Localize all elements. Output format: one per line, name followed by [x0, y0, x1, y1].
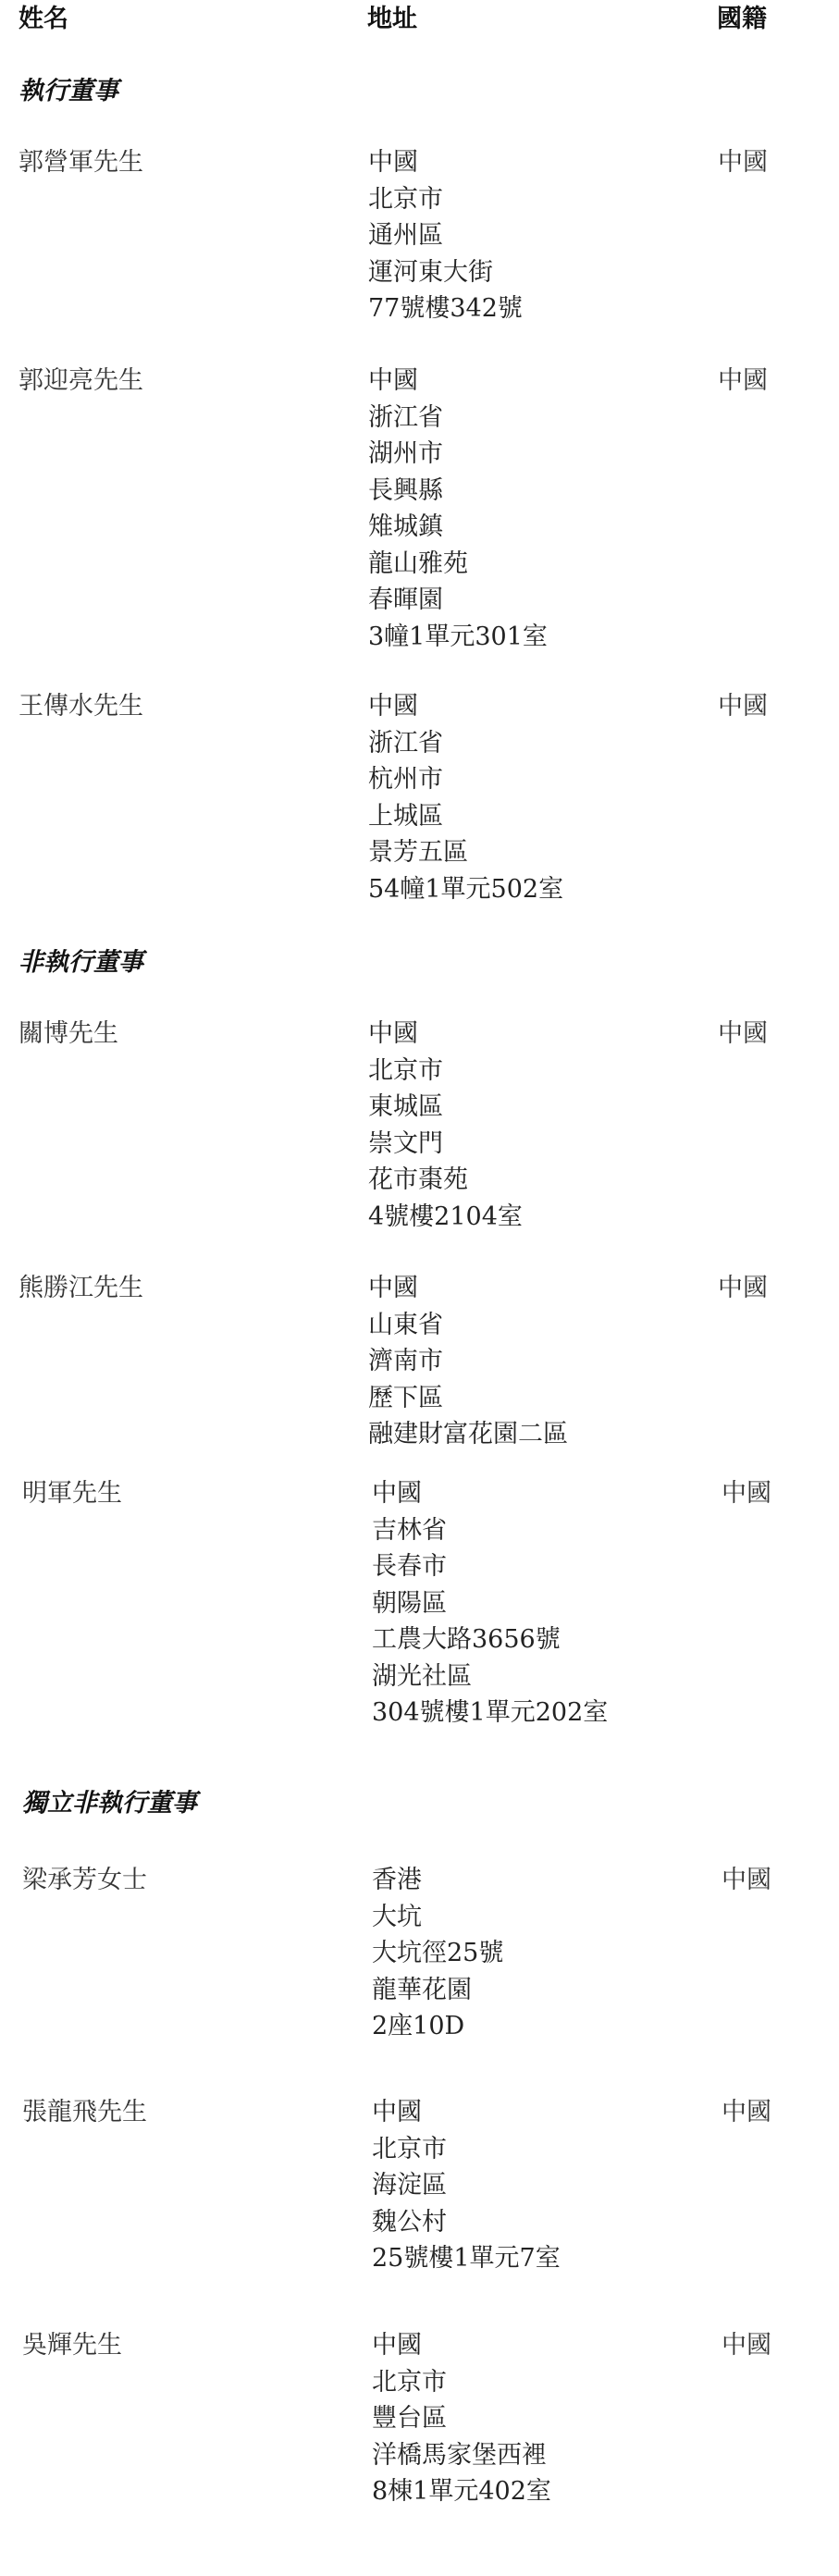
director-nationality: 中國 [722, 1862, 771, 1899]
director-name: 梁承芳女士 [22, 1862, 147, 1899]
address-line: 中國 [368, 363, 548, 400]
address-line: 54幢1單元502室 [368, 871, 563, 908]
address-line: 304號樓1單元202室 [372, 1695, 608, 1732]
address-line: 香港 [372, 1862, 503, 1899]
director-nationality: 中國 [718, 1270, 768, 1307]
address-line: 吉林省 [372, 1512, 608, 1549]
address-line: 歷下區 [368, 1380, 568, 1417]
address-line: 中國 [368, 1270, 568, 1307]
director-nationality: 中國 [718, 144, 768, 181]
address-line: 湖州市 [368, 436, 548, 473]
address-line: 通州區 [368, 217, 523, 254]
director-address: 中國 北京市 東城區 崇文門 花市棗苑 4號樓2104室 [368, 1016, 523, 1235]
address-line: 2座10D [372, 2008, 503, 2045]
address-line: 魏公村 [372, 2204, 561, 2241]
address-line: 77號樓342號 [368, 290, 523, 327]
address-line: 湖光社區 [372, 1658, 608, 1695]
director-name: 熊勝江先生 [19, 1270, 143, 1307]
director-address: 中國 北京市 海淀區 魏公村 25號樓1單元7室 [372, 2094, 561, 2277]
director-address: 中國 北京市 通州區 運河東大街 77號樓342號 [368, 144, 523, 327]
director-name: 王傳水先生 [19, 688, 143, 725]
address-line: 山東省 [368, 1307, 568, 1344]
address-line: 東城區 [368, 1089, 523, 1126]
director-nationality: 中國 [718, 363, 768, 400]
address-line: 崇文門 [368, 1126, 523, 1163]
address-line: 花市棗苑 [368, 1162, 523, 1199]
address-line: 中國 [372, 2094, 561, 2131]
address-line: 濟南市 [368, 1343, 568, 1380]
address-line: 春暉園 [368, 582, 548, 619]
header-nationality: 國籍 [717, 4, 767, 35]
director-nationality: 中國 [718, 1016, 768, 1053]
address-line: 洋橋馬家堡西裡 [372, 2437, 551, 2474]
address-line: 上城區 [368, 798, 563, 835]
director-name: 明軍先生 [22, 1475, 122, 1512]
address-line: 浙江省 [368, 725, 563, 762]
director-address: 中國 山東省 濟南市 歷下區 融建財富花園二區 [368, 1270, 568, 1453]
address-line: 朝陽區 [372, 1585, 608, 1622]
address-line: 浙江省 [368, 400, 548, 437]
address-line: 運河東大街 [368, 254, 523, 291]
address-line: 中國 [368, 688, 563, 725]
director-address: 中國 吉林省 長春市 朝陽區 工農大路3656號 湖光社區 304號樓1單元20… [372, 1475, 608, 1732]
section-title-executive: 執行董事 [19, 76, 118, 107]
address-line: 長興縣 [368, 473, 548, 510]
director-address: 香港 大坑 大坑徑25號 龍華花園 2座10D [372, 1862, 503, 2045]
director-address: 中國 浙江省 湖州市 長興縣 雉城鎮 龍山雅苑 春暉園 3幢1單元301室 [368, 363, 548, 655]
address-line: 中國 [372, 2327, 551, 2364]
address-line: 中國 [368, 144, 523, 181]
section-title-non-executive: 非執行董事 [19, 947, 143, 979]
director-name: 郭營軍先生 [19, 144, 143, 181]
address-line: 工農大路3656號 [372, 1621, 608, 1658]
address-line: 龍山雅苑 [368, 546, 548, 583]
address-line: 中國 [368, 1016, 523, 1053]
address-line: 北京市 [368, 181, 523, 218]
address-line: 8棟1單元402室 [372, 2473, 551, 2510]
director-name: 吳輝先生 [22, 2327, 122, 2364]
director-address: 中國 浙江省 杭州市 上城區 景芳五區 54幢1單元502室 [368, 688, 563, 907]
address-line: 北京市 [368, 1053, 523, 1090]
director-nationality: 中國 [722, 2094, 771, 2131]
address-line: 北京市 [372, 2131, 561, 2168]
address-line: 北京市 [372, 2364, 551, 2401]
address-line: 雉城鎮 [368, 509, 548, 546]
address-line: 中國 [372, 1475, 608, 1512]
director-name: 張龍飛先生 [22, 2094, 147, 2131]
director-nationality: 中國 [718, 688, 768, 725]
address-line: 長春市 [372, 1548, 608, 1585]
address-line: 海淀區 [372, 2167, 561, 2204]
address-line: 25號樓1單元7室 [372, 2240, 561, 2277]
address-line: 大坑 [372, 1899, 503, 1936]
address-line: 景芳五區 [368, 834, 563, 871]
address-line: 豐台區 [372, 2400, 551, 2437]
director-name: 關博先生 [19, 1016, 118, 1053]
address-line: 龍華花園 [372, 1972, 503, 2009]
address-line: 3幢1單元301室 [368, 619, 548, 656]
header-address: 地址 [367, 4, 417, 35]
address-line: 大坑徑25號 [372, 1935, 503, 1972]
director-address: 中國 北京市 豐台區 洋橋馬家堡西裡 8棟1單元402室 [372, 2327, 551, 2510]
address-line: 4號樓2104室 [368, 1199, 523, 1236]
address-line: 杭州市 [368, 761, 563, 798]
director-nationality: 中國 [722, 2327, 771, 2364]
header-name: 姓名 [19, 4, 68, 35]
section-title-independent: 獨立非執行董事 [22, 1788, 197, 1819]
director-nationality: 中國 [722, 1475, 771, 1512]
director-name: 郭迎亮先生 [19, 363, 143, 400]
address-line: 融建財富花園二區 [368, 1416, 568, 1453]
